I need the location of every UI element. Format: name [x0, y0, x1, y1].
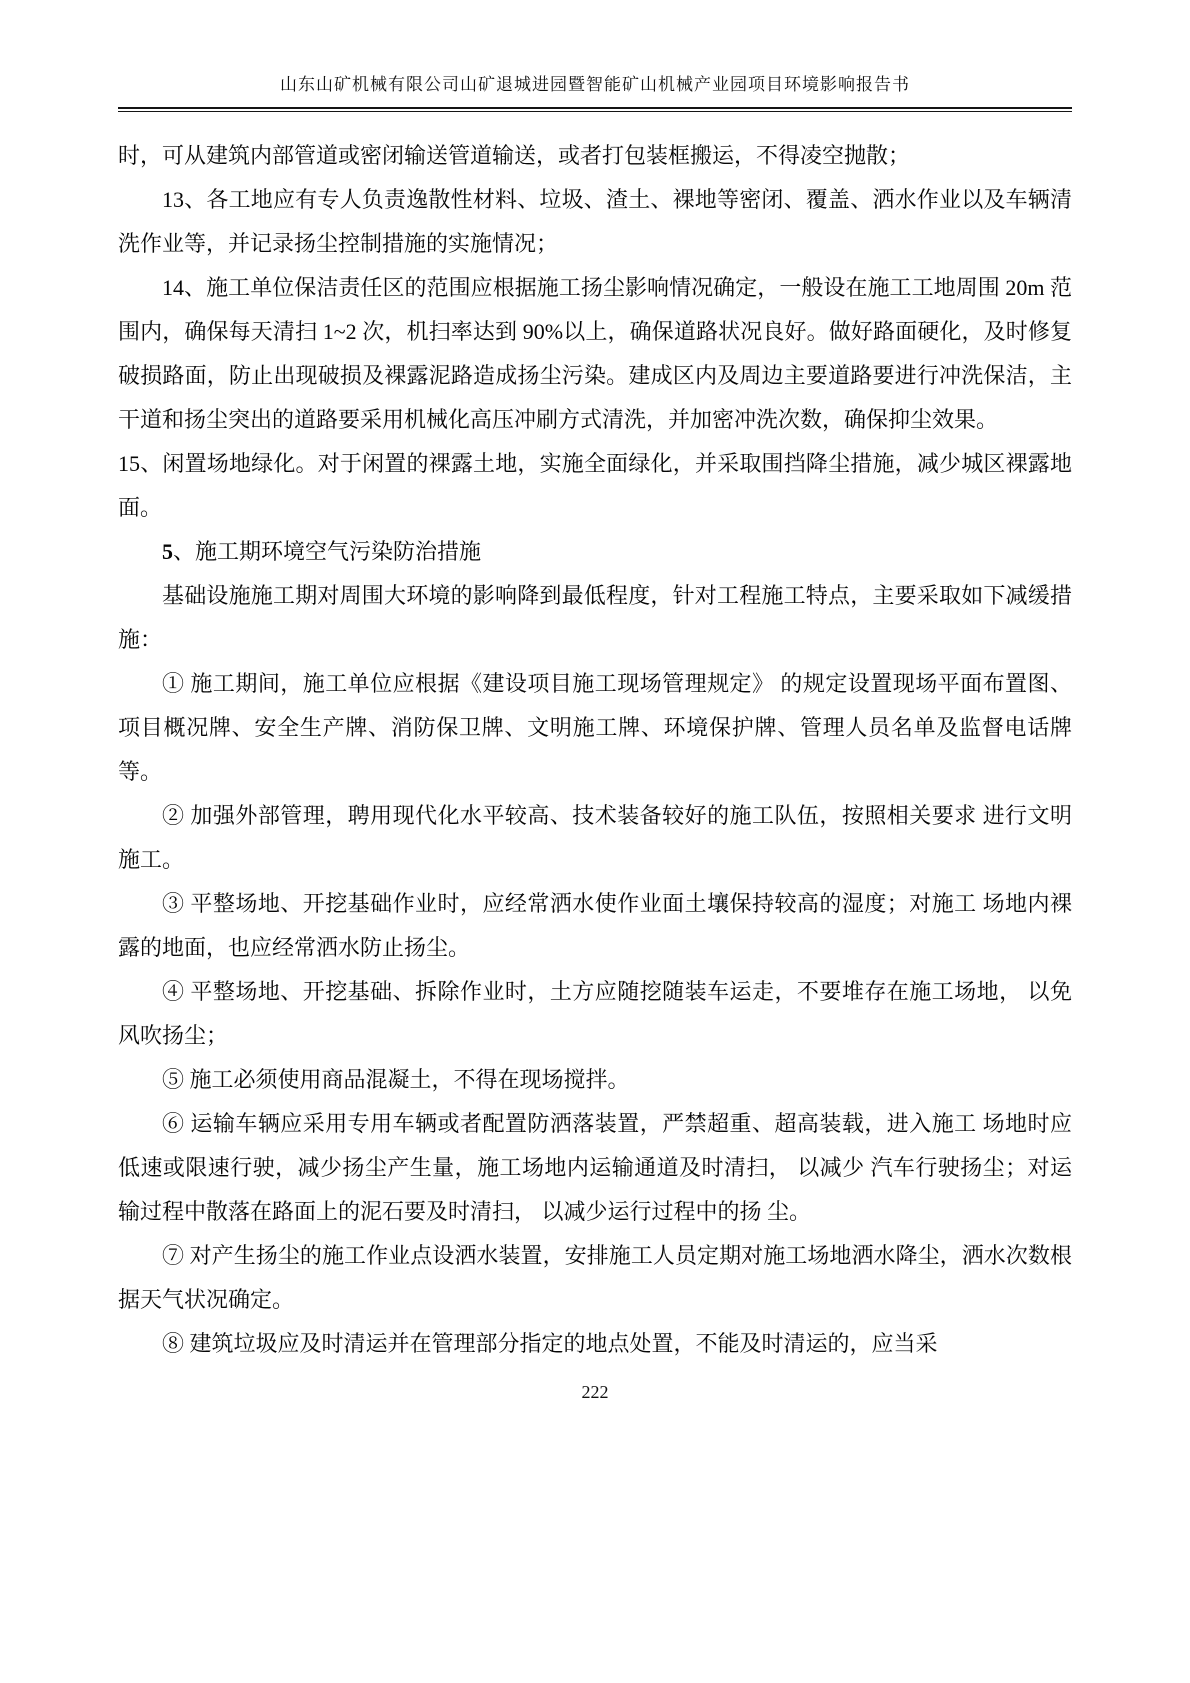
body-paragraph: ④ 平整场地、开挖基础、拆除作业时，土方应随挖随装车运走，不要堆存在施工场地， … — [118, 970, 1072, 1058]
section-heading: 5、施工期环境空气污染防治措施 — [118, 530, 1072, 574]
document-body: 时，可从建筑内部管道或密闭输送管道输送，或者打包装框搬运，不得凌空抛散； 13、… — [118, 134, 1072, 1366]
body-paragraph: ⑧ 建筑垃圾应及时清运并在管理部分指定的地点处置，不能及时清运的，应当采 — [118, 1322, 1072, 1366]
body-paragraph: ⑦ 对产生扬尘的施工作业点设洒水装置，安排施工人员定期对施工场地洒水降尘，洒水次… — [118, 1234, 1072, 1322]
section-heading-number: 5 — [162, 539, 173, 564]
body-paragraph: ② 加强外部管理，聘用现代化水平较高、技术装备较好的施工队伍，按照相关要求 进行… — [118, 794, 1072, 882]
section-heading-title: 、施工期环境空气污染防治措施 — [173, 539, 481, 564]
body-paragraph: 15、闲置场地绿化。对于闲置的裸露土地，实施全面绿化，并采取围挡降尘措施，减少城… — [118, 442, 1072, 530]
body-paragraph: 基础设施施工期对周围大环境的影响降到最低程度，针对工程施工特点，主要采取如下减缓… — [118, 574, 1072, 662]
body-paragraph: ⑤ 施工必须使用商品混凝土，不得在现场搅拌。 — [118, 1058, 1072, 1102]
body-paragraph: ③ 平整场地、开挖基础作业时，应经常洒水使作业面土壤保持较高的湿度；对施工 场地… — [118, 882, 1072, 970]
body-paragraph: ⑥ 运输车辆应采用专用车辆或者配置防洒落装置，严禁超重、超高装载，进入施工 场地… — [118, 1102, 1072, 1234]
page-number: 222 — [118, 1382, 1072, 1403]
document-page: 山东山矿机械有限公司山矿退城进园暨智能矿山机械产业园项目环境影响报告书 时，可从… — [0, 0, 1190, 1683]
report-header-title: 山东山矿机械有限公司山矿退城进园暨智能矿山机械产业园项目环境影响报告书 — [118, 70, 1072, 107]
body-paragraph: ① 施工期间，施工单位应根据《建设项目施工现场管理规定》 的规定设置现场平面布置… — [118, 662, 1072, 794]
body-paragraph: 14、施工单位保洁责任区的范围应根据施工扬尘影响情况确定，一般设在施工工地周围 … — [118, 266, 1072, 442]
body-paragraph: 13、各工地应有专人负责逸散性材料、垃圾、渣土、裸地等密闭、覆盖、洒水作业以及车… — [118, 178, 1072, 266]
body-paragraph: 时，可从建筑内部管道或密闭输送管道输送，或者打包装框搬运，不得凌空抛散； — [118, 134, 1072, 178]
header-divider-rule — [118, 107, 1072, 112]
